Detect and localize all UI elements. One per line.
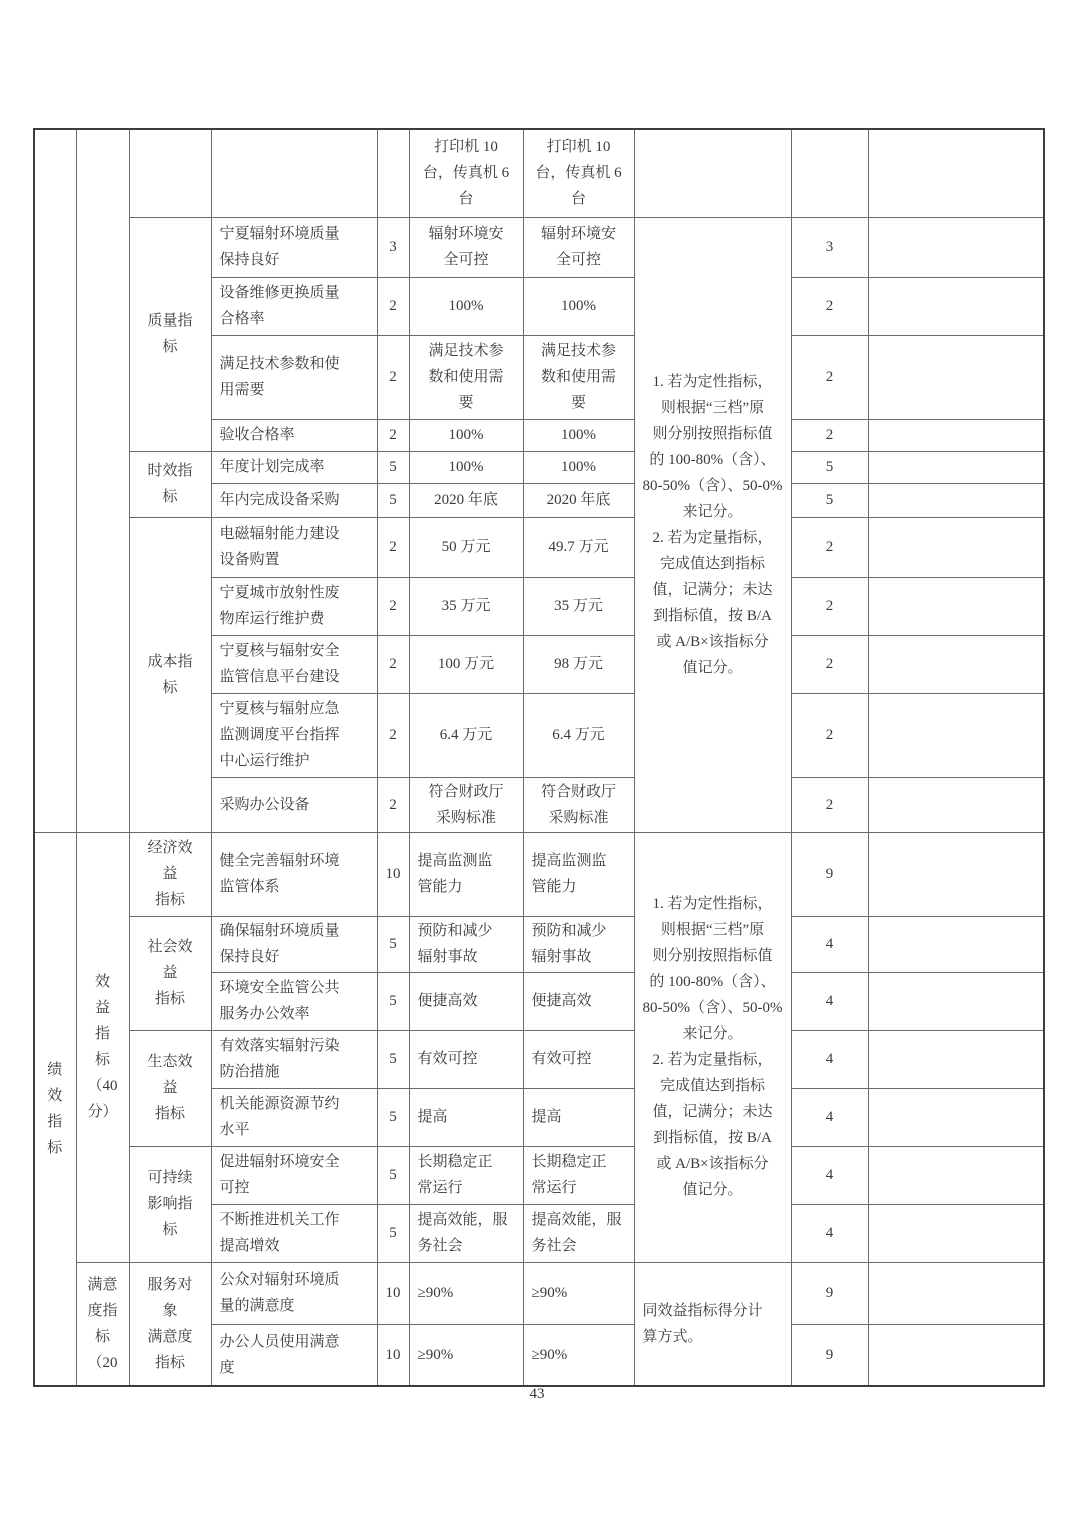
category-cell-ecological: 生态效 益 指标: [129, 1030, 211, 1146]
points-cell: 3: [377, 217, 409, 277]
remarks-cell: [868, 277, 1044, 335]
points-cell: 5: [377, 483, 409, 517]
target-value-cell: 100%: [409, 277, 523, 335]
actual-value-cell: 符合财政厅 采购标准: [523, 777, 634, 832]
indicator-name-cell: 有效落实辐射污染 防治措施: [211, 1030, 377, 1088]
indicator-name-cell: 宁夏城市放射性废 物库运行维护费: [211, 577, 377, 635]
category-cell-timeliness: 时效指 标: [129, 451, 211, 517]
actual-value-cell: 打印机 10 台，传真机 6 台: [523, 129, 634, 217]
table-row: 质量指 标 宁夏辐射环境质量 保持良好 3 辐射环境安 全可控 辐射环境安 全可…: [34, 217, 1044, 277]
table-row: 可持续 影响指 标 促进辐射环境安全 可控 5 长期稳定正 常运行 长期稳定正 …: [34, 1146, 1044, 1204]
performance-indicator-table: 打印机 10 台，传真机 6 台 打印机 10 台，传真机 6 台 质量指 标 …: [33, 128, 1045, 1387]
remarks-cell: [868, 577, 1044, 635]
scoring-rule-empty-cell: [634, 129, 791, 217]
indicator-name-cell: 办公人员使用满意 度: [211, 1324, 377, 1386]
remarks-cell: [868, 129, 1044, 217]
score-cell: 4: [791, 916, 868, 972]
score-cell: 4: [791, 972, 868, 1030]
score-cell: 2: [791, 635, 868, 693]
target-value-cell: 100%: [409, 451, 523, 483]
score-cell: 2: [791, 419, 868, 451]
actual-value-cell: 49.7 万元: [523, 517, 634, 577]
remarks-cell: [868, 1204, 1044, 1262]
scoring-rule-cell-benefit: 1. 若为定性指标， 则根据“三档”原 则分别按照指标值 的 100-80%（含…: [634, 832, 791, 1262]
target-value-cell: 100 万元: [409, 635, 523, 693]
actual-value-cell: 长期稳定正 常运行: [523, 1146, 634, 1204]
table-row: 时效指 标 年度计划完成率 5 100% 100% 5: [34, 451, 1044, 483]
perf-header-empty-cell: [34, 129, 76, 832]
actual-value-cell: 2020 年底: [523, 483, 634, 517]
score-cell: 3: [791, 217, 868, 277]
indicator-name-cell: 环境安全监管公共 服务办公效率: [211, 972, 377, 1030]
actual-value-cell: 35 万元: [523, 577, 634, 635]
actual-value-cell: 便捷高效: [523, 972, 634, 1030]
score-cell: 2: [791, 693, 868, 777]
points-cell: 2: [377, 277, 409, 335]
actual-value-cell: 6.4 万元: [523, 693, 634, 777]
table-row: 成本指 标 电磁辐射能力建设 设备购置 2 50 万元 49.7 万元 2: [34, 517, 1044, 577]
points-cell: 10: [377, 1262, 409, 1324]
indicator-name-cell: 宁夏辐射环境质量 保持良好: [211, 217, 377, 277]
points-cell: 10: [377, 1324, 409, 1386]
document-page: 打印机 10 台，传真机 6 台 打印机 10 台，传真机 6 台 质量指 标 …: [0, 0, 1074, 1520]
scoring-rule-cell-output: 1. 若为定性指标， 则根据“三档”原 则分别按照指标值 的 100-80%（含…: [634, 217, 791, 832]
actual-value-cell: 100%: [523, 451, 634, 483]
group-cell-benefit: 效 益 指 标 （40 分）: [76, 832, 129, 1262]
indicator-name-cell: 促进辐射环境安全 可控: [211, 1146, 377, 1204]
indicator-name-cell: 年度计划完成率: [211, 451, 377, 483]
score-cell: 4: [791, 1088, 868, 1146]
indicator-name-cell: 健全完善辐射环境 监管体系: [211, 832, 377, 916]
indicator-name-cell: 不断推进机关工作 提高增效: [211, 1204, 377, 1262]
score-cell: 4: [791, 1204, 868, 1262]
remarks-cell: [868, 635, 1044, 693]
indicator-name-cell: 验收合格率: [211, 419, 377, 451]
indicator-name-cell: 公众对辐射环境质 量的满意度: [211, 1262, 377, 1324]
target-value-cell: 长期稳定正 常运行: [409, 1146, 523, 1204]
points-cell: 5: [377, 451, 409, 483]
target-value-cell: 符合财政厅 采购标准: [409, 777, 523, 832]
group-cell-satisfaction: 满意 度指 标 （20: [76, 1262, 129, 1386]
points-cell: 2: [377, 635, 409, 693]
target-value-cell: 100%: [409, 419, 523, 451]
page-number: 43: [0, 1386, 1074, 1403]
indicator-name-cell: 宁夏核与辐射安全 监管信息平台建设: [211, 635, 377, 693]
score-cell: 2: [791, 517, 868, 577]
remarks-cell: [868, 217, 1044, 277]
actual-value-cell: 提高监测监 管能力: [523, 832, 634, 916]
table-row: 打印机 10 台，传真机 6 台 打印机 10 台，传真机 6 台: [34, 129, 1044, 217]
table-row: 绩 效 指 标 效 益 指 标 （40 分） 经济效 益 指标 健全完善辐射环境…: [34, 832, 1044, 916]
remarks-cell: [868, 483, 1044, 517]
category-cell-service-satisfaction: 服务对 象 满意度 指标: [129, 1262, 211, 1386]
table-row: 满意 度指 标 （20 服务对 象 满意度 指标 公众对辐射环境质 量的满意度 …: [34, 1262, 1044, 1324]
actual-value-cell: 满足技术参 数和使用需 要: [523, 335, 634, 419]
points-cell: 5: [377, 1030, 409, 1088]
score-cell: 5: [791, 483, 868, 517]
table-row: 社会效 益 指标 确保辐射环境质量 保持良好 5 预防和减少 辐射事故 预防和减…: [34, 916, 1044, 972]
actual-value-cell: 辐射环境安 全可控: [523, 217, 634, 277]
target-value-cell: 有效可控: [409, 1030, 523, 1088]
points-cell: 2: [377, 693, 409, 777]
scoring-rule-cell-satisfaction: 同效益指标得分计 算方式。: [634, 1262, 791, 1386]
score-cell: 2: [791, 277, 868, 335]
indicator-name-cell: 机关能源资源节约 水平: [211, 1088, 377, 1146]
target-value-cell: 辐射环境安 全可控: [409, 217, 523, 277]
points-cell: 2: [377, 419, 409, 451]
target-value-cell: 便捷高效: [409, 972, 523, 1030]
score-cell: 4: [791, 1146, 868, 1204]
remarks-cell: [868, 832, 1044, 916]
target-value-cell: 提高效能，服 务社会: [409, 1204, 523, 1262]
points-cell: 5: [377, 1088, 409, 1146]
category-cell-economic: 经济效 益 指标: [129, 832, 211, 916]
indicator-name-cell: 电磁辐射能力建设 设备购置: [211, 517, 377, 577]
indicator-name-cell: [211, 129, 377, 217]
score-cell: 9: [791, 1262, 868, 1324]
indicator-name-cell: 设备维修更换质量 合格率: [211, 277, 377, 335]
remarks-cell: [868, 777, 1044, 832]
target-value-cell: ≥90%: [409, 1324, 523, 1386]
score-cell: 5: [791, 451, 868, 483]
category-empty-cell: [129, 129, 211, 217]
score-cell: 2: [791, 777, 868, 832]
remarks-cell: [868, 1324, 1044, 1386]
remarks-cell: [868, 1262, 1044, 1324]
perf-header-cell: 绩 效 指 标: [34, 832, 76, 1386]
points-cell: [377, 129, 409, 217]
points-cell: 10: [377, 832, 409, 916]
remarks-cell: [868, 1146, 1044, 1204]
actual-value-cell: 100%: [523, 419, 634, 451]
score-cell: 4: [791, 1030, 868, 1088]
points-cell: 2: [377, 517, 409, 577]
category-cell-sustainable: 可持续 影响指 标: [129, 1146, 211, 1262]
target-value-cell: 打印机 10 台，传真机 6 台: [409, 129, 523, 217]
target-value-cell: 2020 年底: [409, 483, 523, 517]
target-value-cell: 提高: [409, 1088, 523, 1146]
indicator-name-cell: 年内完成设备采购: [211, 483, 377, 517]
remarks-cell: [868, 1088, 1044, 1146]
table-row: 生态效 益 指标 有效落实辐射污染 防治措施 5 有效可控 有效可控 4: [34, 1030, 1044, 1088]
score-cell: 9: [791, 832, 868, 916]
points-cell: 5: [377, 972, 409, 1030]
indicator-name-cell: 采购办公设备: [211, 777, 377, 832]
actual-value-cell: 100%: [523, 277, 634, 335]
actual-value-cell: 有效可控: [523, 1030, 634, 1088]
points-cell: 5: [377, 916, 409, 972]
target-value-cell: 预防和减少 辐射事故: [409, 916, 523, 972]
remarks-cell: [868, 693, 1044, 777]
actual-value-cell: 提高效能，服 务社会: [523, 1204, 634, 1262]
score-cell: [791, 129, 868, 217]
score-cell: 9: [791, 1324, 868, 1386]
score-cell: 2: [791, 335, 868, 419]
points-cell: 2: [377, 335, 409, 419]
group-empty-cell: [76, 129, 129, 832]
category-cell-quality: 质量指 标: [129, 217, 211, 451]
remarks-cell: [868, 451, 1044, 483]
target-value-cell: 提高监测监 管能力: [409, 832, 523, 916]
indicator-name-cell: 满足技术参数和使 用需要: [211, 335, 377, 419]
actual-value-cell: 提高: [523, 1088, 634, 1146]
remarks-cell: [868, 335, 1044, 419]
target-value-cell: 6.4 万元: [409, 693, 523, 777]
remarks-cell: [868, 1030, 1044, 1088]
indicator-name-cell: 宁夏核与辐射应急 监测调度平台指挥 中心运行维护: [211, 693, 377, 777]
remarks-cell: [868, 972, 1044, 1030]
actual-value-cell: ≥90%: [523, 1262, 634, 1324]
remarks-cell: [868, 517, 1044, 577]
actual-value-cell: ≥90%: [523, 1324, 634, 1386]
category-cell-social: 社会效 益 指标: [129, 916, 211, 1030]
indicator-name-cell: 确保辐射环境质量 保持良好: [211, 916, 377, 972]
remarks-cell: [868, 916, 1044, 972]
target-value-cell: 50 万元: [409, 517, 523, 577]
points-cell: 5: [377, 1204, 409, 1262]
score-cell: 2: [791, 577, 868, 635]
points-cell: 5: [377, 1146, 409, 1204]
points-cell: 2: [377, 777, 409, 832]
actual-value-cell: 98 万元: [523, 635, 634, 693]
target-value-cell: 满足技术参 数和使用需 要: [409, 335, 523, 419]
points-cell: 2: [377, 577, 409, 635]
target-value-cell: 35 万元: [409, 577, 523, 635]
target-value-cell: ≥90%: [409, 1262, 523, 1324]
actual-value-cell: 预防和减少 辐射事故: [523, 916, 634, 972]
remarks-cell: [868, 419, 1044, 451]
category-cell-cost: 成本指 标: [129, 517, 211, 832]
